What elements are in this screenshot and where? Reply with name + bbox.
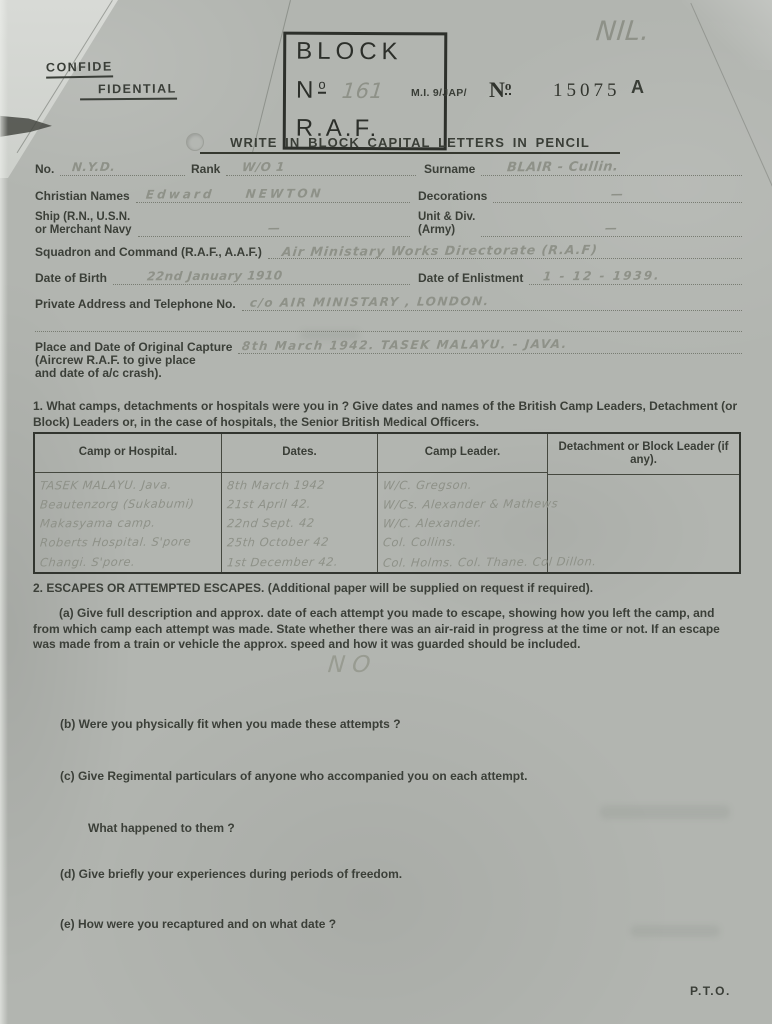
field-dob-label: Date of Birth xyxy=(35,272,113,285)
form-row-service: Ship (R.N., U.S.N. or Merchant Navy — Un… xyxy=(35,211,742,237)
field-surname-label: Surname xyxy=(424,163,481,176)
form-row-names: Christian Names Edward NEWTON Decoration… xyxy=(35,187,742,203)
field-enlistment-label: Date of Enlistment xyxy=(418,272,529,285)
stamp-line-block: BLOCK xyxy=(296,40,434,65)
field-enlistment-line: 1 - 12 - 1939. xyxy=(529,269,742,285)
field-unit-label-line2: (Army) xyxy=(418,224,455,236)
leader-entries: W/C. Gregson. W/Cs. Alexander & Mathews … xyxy=(378,473,547,572)
question-2-heading: 2. ESCAPES OR ATTEMPTED ESCAPES. (Additi… xyxy=(33,581,743,595)
field-unit-label-line1: Unit & Div. xyxy=(418,211,475,223)
field-decorations-line: — xyxy=(493,187,742,203)
field-surname-line: BLAIR - Cullin. xyxy=(481,160,742,176)
field-rank-label: Rank xyxy=(191,163,226,176)
field-enlistment: Date of Enlistment 1 - 12 - 1939. xyxy=(410,269,742,285)
field-rank-line: W/O 1 xyxy=(226,160,416,176)
question-2a-text: (a) Give full description and approx. da… xyxy=(33,606,742,653)
confidential-stamp: FIDENTIAL xyxy=(80,82,177,101)
field-squadron-line: Air Ministary Works Directorate (R.A.F) xyxy=(268,243,742,259)
handwritten-block-number: 161 xyxy=(340,81,384,102)
table-cell-dates: 21st April 42. xyxy=(226,495,312,515)
table-cell-camp: Makasyama camp. xyxy=(39,514,156,534)
table-cell-leader: W/C. Alexander. xyxy=(382,514,483,534)
form-row-identity: No. N.Y.D. Rank W/O 1 Surname BLAIR - Cu… xyxy=(35,160,742,176)
field-ship-value: — xyxy=(267,221,281,235)
field-rank-value: W/O 1 xyxy=(226,160,286,174)
field-decorations: Decorations — xyxy=(410,187,742,203)
field-no-label: No. xyxy=(35,163,60,176)
blank-line xyxy=(35,316,742,332)
field-decorations-value: — xyxy=(611,187,625,201)
field-christian-names-value: Edward NEWTON xyxy=(135,186,324,201)
table-cell-camp: Changi. S'pore. xyxy=(39,552,136,572)
header-leader: Camp Leader. xyxy=(378,434,547,473)
confidential-stamp-partial: CONFIDE xyxy=(46,59,113,78)
form-row-blank xyxy=(35,316,742,332)
stamp-no-n: N xyxy=(296,77,318,104)
column-dates: Dates. 8th March 1942 21st April 42. 22n… xyxy=(222,434,378,572)
capture-row: Place and Date of Original Capture 8th M… xyxy=(35,338,742,354)
handwritten-nil-note: NIL. xyxy=(594,16,651,47)
field-christian-names-label: Christian Names xyxy=(35,190,136,203)
reference-number: 15075 xyxy=(553,80,621,102)
field-no: No. N.Y.D. xyxy=(35,160,185,176)
detachment-entries xyxy=(548,475,739,478)
page-corner-highlight xyxy=(682,0,772,70)
question-2c-text: (c) Give Regimental particulars of anyon… xyxy=(60,769,527,783)
table-cell-camp: TASEK MALAYU. Java. xyxy=(39,475,173,495)
field-dob: Date of Birth 22nd January 1910 xyxy=(35,269,410,285)
capture-label-line2: (Aircrew R.A.F. to give place xyxy=(35,353,196,367)
form-row-squadron: Squadron and Command (R.A.F., A.A.F.) Ai… xyxy=(35,243,742,259)
field-surname: Surname BLAIR - Cullin. xyxy=(416,160,742,176)
form-row-address: Private Address and Telephone No. c/o AI… xyxy=(35,295,742,311)
capture-value: 8th March 1942. TASEK MALAYU. - JAVA. xyxy=(238,337,569,353)
page-edge xyxy=(0,0,8,1024)
table-cell-leader: W/Cs. Alexander & Mathews xyxy=(382,494,559,515)
header-detachment: Detachment or Block Leader (if any). xyxy=(548,434,739,475)
field-ship: Ship (R.N., U.S.N. or Merchant Navy — xyxy=(35,211,410,237)
field-dob-value: 22nd January 1910 xyxy=(112,268,283,283)
ref-no-o: o xyxy=(505,78,512,95)
question-1-text: 1. What camps, detachments or hospitals … xyxy=(33,399,743,430)
question-2d-text: (d) Give briefly your experiences during… xyxy=(60,867,402,881)
ref-no-n: N xyxy=(489,77,505,102)
header-camp: Camp or Hospital. xyxy=(35,434,221,473)
field-ship-label: Ship (R.N., U.S.N. or Merchant Navy xyxy=(35,211,138,237)
dates-entries: 8th March 1942 21st April 42. 22nd Sept.… xyxy=(222,473,377,572)
field-unit: Unit & Div. (Army) — xyxy=(410,211,742,237)
form-instruction-heading: WRITE IN BLOCK CAPITAL LETTERS IN PENCIL xyxy=(200,135,620,154)
field-unit-line: — xyxy=(481,221,742,237)
capture-label-line3: and date of a/c crash). xyxy=(35,366,162,380)
field-no-value: N.Y.D. xyxy=(60,160,117,174)
field-ship-label-line2: or Merchant Navy xyxy=(35,224,132,236)
table-cell-leader: W/C. Gregson. xyxy=(382,475,473,495)
column-leader: Camp Leader. W/C. Gregson. W/Cs. Alexand… xyxy=(378,434,548,572)
reference-no-label: No xyxy=(489,77,511,103)
field-decorations-label: Decorations xyxy=(418,190,493,203)
field-squadron-value: Air Ministary Works Directorate (R.A.F) xyxy=(267,242,598,259)
column-camp: Camp or Hospital. TASEK MALAYU. Java. Be… xyxy=(35,434,222,572)
table-cell-leader: Col. Holms. Col. Thane. Col Dillon. xyxy=(382,552,597,573)
pencil-ghost-mark xyxy=(600,805,730,819)
header-dates: Dates. xyxy=(222,434,377,473)
column-detachment: Detachment or Block Leader (if any). xyxy=(548,434,739,572)
table-cell-camp: Beautenzorg (Sukabumi) xyxy=(39,494,195,514)
field-christian-names: Christian Names Edward NEWTON xyxy=(35,187,410,203)
camps-table: Camp or Hospital. TASEK MALAYU. Java. Be… xyxy=(33,432,741,574)
field-unit-value: — xyxy=(605,221,619,235)
mi9-reference-prefix: M.I. 9/JAP/ xyxy=(411,87,467,99)
field-squadron-label: Squadron and Command (R.A.F., A.A.F.) xyxy=(35,246,268,259)
table-cell-camp: Roberts Hospital. S'pore xyxy=(39,533,192,553)
question-2e-text: (e) How were you recaptured and on what … xyxy=(60,917,336,931)
field-surname-value: BLAIR - Cullin. xyxy=(481,160,620,176)
field-dob-line: 22nd January 1910 xyxy=(113,269,410,285)
field-address-label: Private Address and Telephone No. xyxy=(35,298,242,311)
reference-suffix: A xyxy=(631,77,645,98)
field-rank: Rank W/O 1 xyxy=(185,160,416,176)
form-row-dates: Date of Birth 22nd January 1910 Date of … xyxy=(35,269,742,285)
field-address-line: c/o AIR MINISTARY , LONDON. xyxy=(242,295,742,311)
capture-line: 8th March 1942. TASEK MALAYU. - JAVA. xyxy=(238,338,742,354)
question-2a-answer: NO xyxy=(327,652,379,678)
table-cell-dates: 25th October 42 xyxy=(226,533,330,553)
field-ship-line: — xyxy=(138,221,410,237)
camp-entries: TASEK MALAYU. Java. Beautenzorg (Sukabum… xyxy=(35,473,221,572)
question-2c-followup: What happened to them ? xyxy=(88,821,235,835)
table-cell-dates: 1st December 42. xyxy=(226,552,339,572)
field-unit-label: Unit & Div. (Army) xyxy=(418,211,481,237)
field-christian-names-line: Edward NEWTON xyxy=(136,187,410,203)
page-turn-over-note: P.T.O. xyxy=(690,984,731,998)
scanned-pow-form-page: CONFIDE FIDENTIAL BLOCK No161 R.A.F. M.I… xyxy=(0,0,772,1024)
field-ship-label-line1: Ship (R.N., U.S.N. xyxy=(35,211,130,223)
field-address-value: c/o AIR MINISTARY , LONDON. xyxy=(241,294,490,310)
field-no-line: N.Y.D. xyxy=(60,160,185,176)
pencil-ghost-mark xyxy=(630,925,720,937)
table-cell-dates: 22nd Sept. 42 xyxy=(226,514,315,534)
table-cell-dates: 8th March 1942 xyxy=(226,475,326,495)
table-cell-leader: Col. Collins. xyxy=(382,533,458,553)
question-2b-text: (b) Were you physically fit when you mad… xyxy=(60,717,401,731)
field-enlistment-value: 1 - 12 - 1939. xyxy=(529,269,662,284)
stamp-no-o: o xyxy=(318,77,325,94)
